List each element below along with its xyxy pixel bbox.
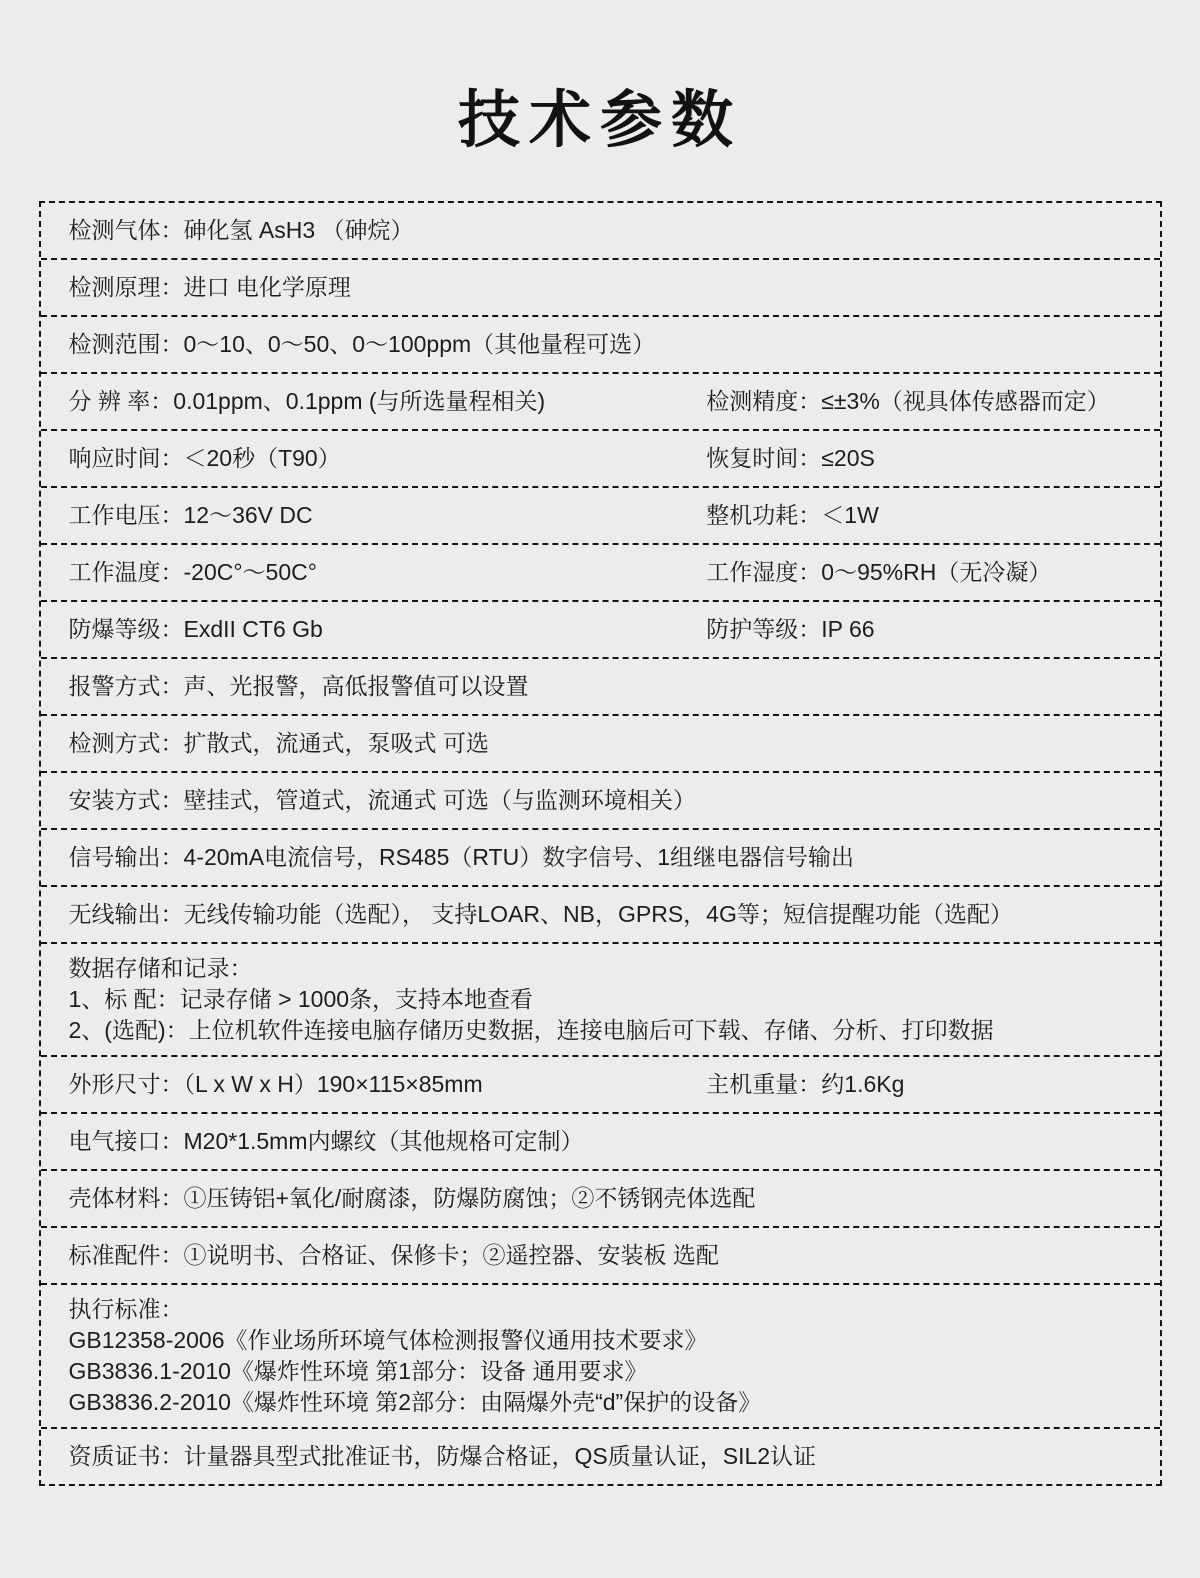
spec-text: 响应时间：＜20秒（T90） xyxy=(69,443,707,474)
spec-text-line: GB3836.2-2010《爆炸性环境 第2部分：由隔爆外壳“d”保护的设备》 xyxy=(69,1387,1132,1418)
spec-text: 恢复时间：≤20S xyxy=(706,443,1131,474)
table-row-resolution-accuracy: 分 辨 率：0.01ppm、0.1ppm (与所选量程相关) 检测精度：≤±3%… xyxy=(41,374,1160,431)
spec-text: 标准配件：①说明书、合格证、保修卡；②遥控器、安装板 选配 xyxy=(69,1240,1132,1271)
spec-text-line: GB3836.1-2010《爆炸性环境 第1部分：设备 通用要求》 xyxy=(69,1356,1132,1387)
spec-text: 无线输出：无线传输功能（选配）， 支持LOAR、NB，GPRS，4G等；短信提醒… xyxy=(69,899,1132,930)
spec-text: 检测范围：0～10、0～50、0～100ppm（其他量程可选） xyxy=(69,329,1132,360)
table-row-detect-mode: 检测方式：扩散式，流通式，泵吸式 可选 xyxy=(41,716,1160,773)
spec-text: 外形尺寸：（L x W x H）190×115×85mm xyxy=(69,1069,707,1100)
spec-text-line: 执行标准： xyxy=(69,1294,1132,1325)
spec-text: 检测原理：进口 电化学原理 xyxy=(69,272,1132,303)
spec-text: 工作温度：-20C°～50C° xyxy=(69,557,707,588)
spec-text: 分 辨 率：0.01ppm、0.1ppm (与所选量程相关) xyxy=(69,386,707,417)
table-row-electrical-interface: 电气接口：M20*1.5mm内螺纹（其他规格可定制） xyxy=(41,1114,1160,1171)
spec-text: 信号输出：4-20mA电流信号，RS485（RTU）数字信号、1组继电器信号输出 xyxy=(69,842,1132,873)
spec-text: 防爆等级：ExdII CT6 Gb xyxy=(69,614,707,645)
spec-text: 检测方式：扩散式，流通式，泵吸式 可选 xyxy=(69,728,1132,759)
table-row-wireless-output: 无线输出：无线传输功能（选配）， 支持LOAR、NB，GPRS，4G等；短信提醒… xyxy=(41,887,1160,944)
table-row-explosion-ip: 防爆等级：ExdII CT6 Gb 防护等级：IP 66 xyxy=(41,602,1160,659)
table-row-range: 检测范围：0～10、0～50、0～100ppm（其他量程可选） xyxy=(41,317,1160,374)
table-row-voltage-power: 工作电压：12～36V DC 整机功耗：＜1W xyxy=(41,488,1160,545)
spec-text: 资质证书：计量器具型式批准证书，防爆合格证，QS质量认证，SIL2认证 xyxy=(69,1441,1132,1472)
table-row-temp-humidity: 工作温度：-20C°～50C° 工作湿度：0～95%RH（无冷凝） xyxy=(41,545,1160,602)
table-row-alarm: 报警方式：声、光报警，高低报警值可以设置 xyxy=(41,659,1160,716)
spec-text: 主机重量：约1.6Kg xyxy=(706,1069,1131,1100)
table-row-response-recovery: 响应时间：＜20秒（T90） 恢复时间：≤20S xyxy=(41,431,1160,488)
spec-text-line: GB12358-2006《作业场所环境气体检测报警仪通用技术要求》 xyxy=(69,1325,1132,1356)
table-row-standard-accessories: 标准配件：①说明书、合格证、保修卡；②遥控器、安装板 选配 xyxy=(41,1228,1160,1285)
table-row-data-storage: 数据存储和记录： 1、标 配：记录存储 > 1000条，支持本地查看 2、(选配… xyxy=(41,944,1160,1057)
page-title: 技术参数 xyxy=(0,0,1200,159)
table-row-shell-material: 壳体材料：①压铸铝+氧化/耐腐漆，防爆防腐蚀；②不锈钢壳体选配 xyxy=(41,1171,1160,1228)
spec-text: 整机功耗：＜1W xyxy=(706,500,1131,531)
spec-text: 报警方式：声、光报警，高低报警值可以设置 xyxy=(69,671,1132,702)
spec-text-line: 2、(选配)：上位机软件连接电脑存储历史数据，连接电脑后可下载、存储、分析、打印… xyxy=(69,1015,1132,1046)
spec-text: 工作电压：12～36V DC xyxy=(69,500,707,531)
table-row-size-weight: 外形尺寸：（L x W x H）190×115×85mm 主机重量：约1.6Kg xyxy=(41,1057,1160,1114)
spec-text-line: 1、标 配：记录存储 > 1000条，支持本地查看 xyxy=(69,984,1132,1015)
table-row-signal-output: 信号输出：4-20mA电流信号，RS485（RTU）数字信号、1组继电器信号输出 xyxy=(41,830,1160,887)
spec-text-line: 数据存储和记录： xyxy=(69,953,1132,984)
table-row-certificates: 资质证书：计量器具型式批准证书，防爆合格证，QS质量认证，SIL2认证 xyxy=(41,1429,1160,1484)
spec-text: 电气接口：M20*1.5mm内螺纹（其他规格可定制） xyxy=(69,1126,1132,1157)
table-row-standards: 执行标准： GB12358-2006《作业场所环境气体检测报警仪通用技术要求》 … xyxy=(41,1285,1160,1429)
spec-text: 检测气体：砷化氢 AsH3 （砷烷） xyxy=(69,215,1132,246)
table-row-principle: 检测原理：进口 电化学原理 xyxy=(41,260,1160,317)
spec-text: 工作湿度：0～95%RH（无冷凝） xyxy=(706,557,1131,588)
spec-text: 检测精度：≤±3%（视具体传感器而定） xyxy=(706,386,1131,417)
spec-table: 检测气体：砷化氢 AsH3 （砷烷） 检测原理：进口 电化学原理 检测范围：0～… xyxy=(39,201,1162,1486)
table-row-gas: 检测气体：砷化氢 AsH3 （砷烷） xyxy=(41,203,1160,260)
spec-text: 防护等级：IP 66 xyxy=(706,614,1131,645)
spec-text: 安装方式：壁挂式，管道式，流通式 可选（与监测环境相关） xyxy=(69,785,1132,816)
spec-text: 壳体材料：①压铸铝+氧化/耐腐漆，防爆防腐蚀；②不锈钢壳体选配 xyxy=(69,1183,1132,1214)
table-row-install-mode: 安装方式：壁挂式，管道式，流通式 可选（与监测环境相关） xyxy=(41,773,1160,830)
